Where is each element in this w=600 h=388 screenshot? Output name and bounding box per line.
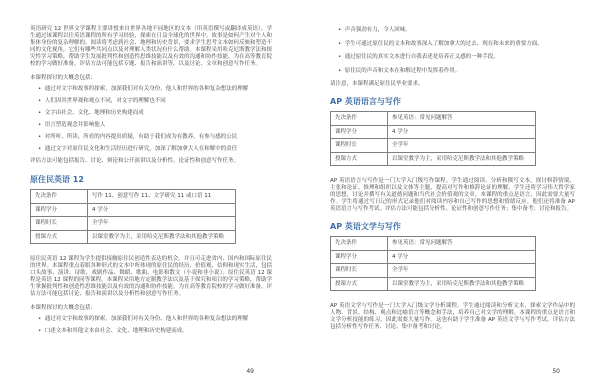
page-right: 声音强劲有力，令人回味。 学生可通过原住民的文本和故事深入了解加拿大的过去、现在…	[300, 0, 600, 388]
table-label-cell: 先决条件	[331, 237, 388, 251]
course-description-paragraph: AP 英语语言与写作是一门大学入门级写作课程。学生通过阅读、分析和撰写文本，探讨…	[330, 178, 575, 213]
big-idea-item: 通过对文字和故事的探索，加深我们对有关身份、他人和世界的各种复杂想法的理解	[38, 86, 272, 93]
table-value-cell: 全学年	[388, 139, 536, 153]
course-heading-ap-english-literature: AP 英语文学与写作	[330, 222, 575, 231]
table-label-cell: 课程时长	[31, 217, 88, 231]
page-number: 49	[246, 368, 254, 375]
table-value-cell: 4 学分	[388, 250, 536, 264]
intro-paragraph: 英语研究 12 世界文学课程主要讲授来自世界各地不同地区的文本（用英语撰写或翻译…	[30, 26, 272, 68]
course-description-paragraph: AP 英语文学与写作是一门大学入门级文学分析课程。学生通过阅读和分析文本，探索文…	[330, 303, 575, 331]
table-row: 授课方式 以课堂教学为主，采用哈克尼斯教学法和其他教学策略	[31, 230, 236, 244]
course-description-paragraph: 原住民英语 12 课程为学生提供接触原住民创造性表达的机会，并且可走进省内、国内…	[30, 256, 272, 298]
table-row: 课程时长 全学年	[331, 264, 536, 278]
table-row: 先决条件 写作 11、创意写作 11、文学研究 11 或口语 11	[31, 190, 236, 204]
table-label-cell: 先决条件	[331, 112, 388, 126]
big-idea-item: 通过对文字和故事的探索，加深我们对有关身份、他人和世界的各种复杂想法的理解	[38, 316, 272, 323]
table-value-cell: 4 学分	[388, 125, 536, 139]
table-label-cell: 课程时长	[331, 264, 388, 278]
table-value-cell: 参见英语：常见问题解答	[388, 237, 536, 251]
big-ideas-list-2: 通过对文字和故事的探索，加深我们对有关身份、他人和世界的各种复杂想法的理解 口述…	[30, 316, 272, 335]
table-label-cell: 课程学分	[331, 125, 388, 139]
big-ideas-list: 通过对文字和故事的探索，加深我们对有关身份、他人和世界的各种复杂想法的理解 人们…	[30, 86, 272, 153]
table-label-cell: 课程时长	[331, 139, 388, 153]
table-row: 课程时长 全学年	[331, 139, 536, 153]
table-value-cell: 写作 11、创意写作 11、文学研究 11 或口语 11	[88, 190, 236, 204]
page-number: 50	[552, 368, 560, 375]
course-info-table: 先决条件 参见英语：常见问题解答 课程学分 4 学分 课程时长 全学年 授课方式…	[330, 111, 536, 166]
big-idea-item: 声音强劲有力，令人回味。	[338, 27, 575, 34]
table-row: 课程学分 4 学分	[31, 203, 236, 217]
table-row: 先决条件 参见英语：常见问题解答	[331, 237, 536, 251]
graduation-requirement-note: 请注意，本课程满足原住民毕业要求。	[330, 81, 575, 88]
table-label-cell: 先决条件	[31, 190, 88, 204]
table-value-cell: 全学年	[388, 264, 536, 278]
course-heading-english-first-peoples-12: 原住民英语 12	[30, 175, 272, 184]
table-row: 授课方式 以课堂教学为主，采用哈克尼斯教学法和其他教学策略	[331, 277, 536, 291]
table-label-cell: 授课方式	[331, 152, 388, 166]
table-value-cell: 全学年	[88, 217, 236, 231]
table-row: 课程时长 全学年	[31, 217, 236, 231]
table-row: 授课方式 以课堂教学为主，采用哈克尼斯教学法和其他教学策略	[331, 152, 536, 166]
course-heading-ap-english-language: AP 英语语言与写作	[330, 97, 575, 106]
big-ideas-continued-list: 声音强劲有力，令人回味。 学生可通过原住民的文本和故事深入了解加拿大的过去、现在…	[330, 27, 575, 74]
table-value-cell: 参见英语：常见问题解答	[388, 112, 536, 126]
table-value-cell: 4 学分	[88, 203, 236, 217]
big-idea-item: 对所听、所读、所看的内容提出质疑，有助于我们成为有教养、有参与感的公民	[38, 134, 272, 141]
table-value-cell: 以课堂教学为主，采用哈克尼斯教学法和其他教学策略	[388, 277, 536, 291]
big-idea-item: 通过文字对原住民文化和生活经历进行研究，加深了解加拿大人在和解中的责任	[38, 146, 272, 153]
big-idea-item: 通过原住民的真实文本进行自我表述是培养正义感的一种手段。	[338, 54, 575, 61]
course-info-table: 先决条件 参见英语：常见问题解答 课程学分 4 学分 课程时长 全学年 授课方式…	[330, 236, 536, 291]
big-idea-item: 语言塑造观念并影响他人	[38, 122, 272, 129]
big-idea-item: 文字由社会、文化、地理和历史构建而成	[38, 110, 272, 117]
table-label-cell: 课程学分	[331, 250, 388, 264]
document-spread: 英语研究 12 世界文学课程主要讲授来自世界各地不同地区的文本（用英语撰写或翻译…	[0, 0, 600, 388]
table-label-cell: 授课方式	[31, 230, 88, 244]
table-label-cell: 授课方式	[331, 277, 388, 291]
big-idea-item: 口述文本和其他文本由社会、文化、地理和历史构建而成。	[38, 328, 272, 335]
big-idea-item: 人们因其世界观和观点不同，对文字的理解也不同	[38, 98, 272, 105]
table-value-cell: 以课堂教学为主，采用哈克尼斯教学法和其他教学策略	[88, 230, 236, 244]
big-ideas-label: 本课程探讨的大概念包括：	[30, 305, 272, 312]
big-ideas-label: 本课程探讨的大概念包括：	[30, 75, 272, 82]
table-value-cell: 以课堂教学为主，采用哈克尼斯教学法和其他教学策略	[388, 152, 536, 166]
table-row: 课程学分 4 学分	[331, 250, 536, 264]
big-idea-item: 学生可通过原住民的文本和故事深入了解加拿大的过去、现在和未来的重要方面。	[338, 41, 575, 48]
assessment-note: 评估方法可能包括报告、讨论、辩论和公开演讲以及分析性、论证性和创意写作任务。	[30, 158, 272, 165]
page-left: 英语研究 12 世界文学课程主要讲授来自世界各地不同地区的文本（用英语撰写或翻译…	[0, 0, 300, 388]
table-row: 课程学分 4 学分	[331, 125, 536, 139]
course-info-table: 先决条件 写作 11、创意写作 11、文学研究 11 或口语 11 课程学分 4…	[30, 189, 236, 244]
table-row: 先决条件 参见英语：常见问题解答	[331, 112, 536, 126]
big-idea-item: 原住民的声音和文本在和解过程中发挥着作用。	[338, 68, 575, 75]
table-label-cell: 课程学分	[31, 203, 88, 217]
